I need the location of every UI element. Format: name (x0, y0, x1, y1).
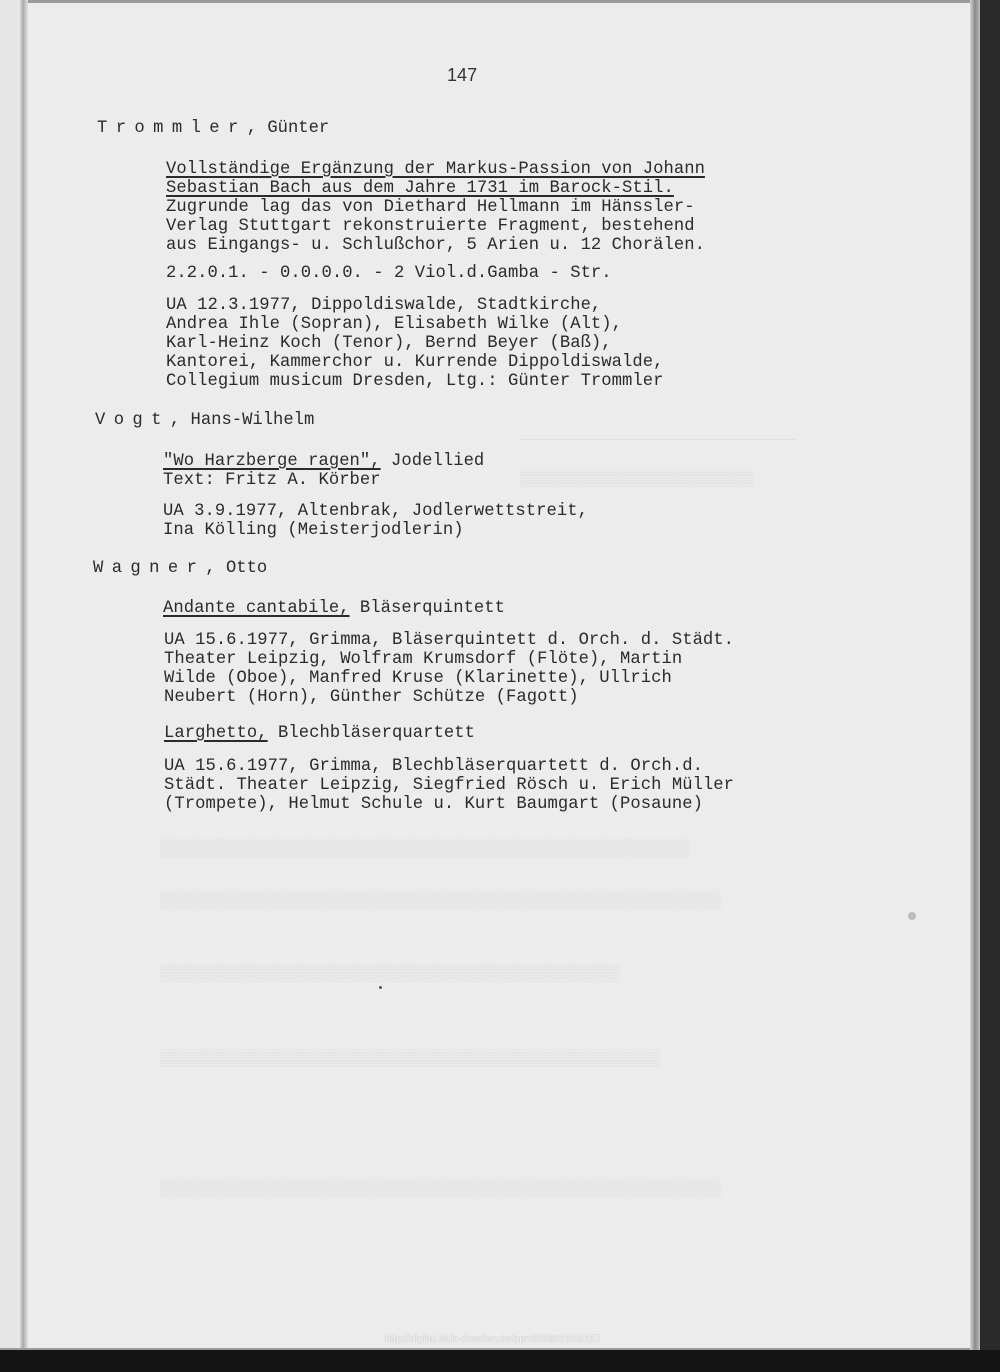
composer-heading: Vogt, Hans-Wilhelm (95, 411, 314, 430)
paper-speck (379, 986, 382, 989)
bleed-through-texture: ▒▒▒▒▒▒▒▒▒▒▒▒▒▒▒▒▒▒▒▒▒▒▒▒▒▒▒▒▒▒▒▒▒▒▒▒▒▒▒▒… (160, 1050, 660, 1069)
bleed-through-texture: ▒▒▒▒▒▒▒▒▒▒▒▒▒▒▒▒▒▒▒▒▒▒▒▒▒▒▒▒▒▒▒▒▒▒▒▒▒▒▒▒… (160, 965, 619, 984)
composer-given-name: Hans-Wilhelm (191, 411, 315, 430)
bleed-through-texture: ___________________________ (520, 425, 816, 444)
book-binding-background (980, 0, 1000, 1372)
composer-separator: , (205, 559, 226, 578)
bleed-through-texture: ▒▒▒▒▒▒▒▒▒▒▒▒▒▒▒▒▒▒▒▒▒▒▒▒▒▒▒▒▒▒▒▒▒▒▒▒▒▒▒▒… (160, 840, 691, 859)
work-description: aus Eingangs- u. Schlußchor, 5 Arien u. … (166, 236, 705, 255)
premiere-info: UA 15.6.1977, Grimma, Bläserquintett d. … (164, 631, 734, 650)
premiere-info: Wilde (Oboe), Manfred Kruse (Klarinette)… (164, 669, 672, 688)
premiere-info: (Trompete), Helmut Schule u. Kurt Baumga… (164, 795, 703, 814)
page-number: 147 (447, 66, 477, 85)
premiere-info: Neubert (Horn), Günther Schütze (Fagott) (164, 688, 579, 707)
premiere-info: UA 3.9.1977, Altenbrak, Jodlerwettstreit… (163, 502, 588, 521)
work-title-line: Andante cantabile, Bläserquintett (163, 599, 505, 618)
premiere-info: Collegium musicum Dresden, Ltg.: Günter … (166, 372, 663, 391)
work-title: "Wo Harzberge ragen", (163, 452, 381, 471)
composer-heading: Wagner, Otto (93, 559, 267, 578)
premiere-info: Kantorei, Kammerchor u. Kurrende Dippold… (166, 353, 663, 372)
premiere-info: Karl-Heinz Koch (Tenor), Bernd Beyer (Ba… (166, 334, 612, 353)
premiere-info: UA 12.3.1977, Dippoldiswalde, Stadtkirch… (166, 296, 601, 315)
composer-separator: , (247, 119, 268, 138)
composer-given-name: Otto (226, 559, 267, 578)
composer-heading: Trommler, Günter (97, 119, 329, 138)
page-left-margin (0, 0, 20, 1348)
work-genre: Bläserquintett (350, 599, 505, 618)
work-title-line: "Wo Harzberge ragen", Jodellied (163, 452, 484, 471)
work-genre: Blechbläserquartett (268, 724, 475, 743)
bleed-through-texture: ▒▒▒▒▒▒▒▒▒▒▒▒▒▒▒▒▒▒▒▒▒▒▒ (520, 470, 755, 489)
composer-surname: Trommler (97, 119, 247, 138)
work-title: Vollständige Ergänzung der Markus-Passio… (166, 160, 705, 179)
composer-separator: , (170, 411, 191, 430)
premiere-info: Theater Leipzig, Wolfram Krumsdorf (Flöt… (164, 650, 682, 669)
work-description: Verlag Stuttgart rekonstruierte Fragment… (166, 217, 695, 236)
paper-speck (908, 912, 916, 920)
work-title: Andante cantabile, (163, 599, 350, 618)
premiere-info: Ina Kölling (Meisterjodlerin) (163, 521, 464, 540)
composer-given-name: Günter (267, 119, 329, 138)
bleed-through-texture: ▒▒▒▒▒▒▒▒▒▒▒▒▒▒▒▒▒▒▒▒▒▒▒▒▒▒▒▒▒▒▒▒▒▒▒▒▒▒▒▒… (160, 1180, 721, 1199)
premiere-info: UA 15.6.1977, Grimma, Blechbläserquartet… (164, 757, 703, 776)
source-url-watermark: http://digital.slub-dresden.de/ppn305801… (385, 1333, 601, 1345)
composer-surname: Wagner (93, 559, 205, 578)
scanner-background (0, 1350, 1000, 1372)
page-left-edge-shadow (20, 0, 28, 1348)
page-top-edge (0, 0, 975, 3)
premiere-info: Städt. Theater Leipzig, Siegfried Rösch … (164, 776, 734, 795)
work-description: Zugrunde lag das von Diethard Hellmann i… (166, 198, 695, 217)
work-instrumentation: 2.2.0.1. - 0.0.0.0. - 2 Viol.d.Gamba - S… (166, 264, 612, 283)
work-title: Sebastian Bach aus dem Jahre 1731 im Bar… (166, 179, 674, 198)
work-description: Text: Fritz A. Körber (163, 471, 381, 490)
bleed-through-texture: ▒▒▒▒▒▒▒▒▒▒▒▒▒▒▒▒▒▒▒▒▒▒▒▒▒▒▒▒▒▒▒▒▒▒▒▒▒▒▒▒… (160, 892, 721, 911)
work-title-line: Larghetto, Blechbläserquartett (164, 724, 475, 743)
composer-surname: Vogt (95, 411, 170, 430)
scanned-page: ___________________________ ▒▒▒▒▒▒▒▒▒▒▒▒… (0, 0, 975, 1350)
page-right-edge-shadow (970, 0, 980, 1350)
premiere-info: Andrea Ihle (Sopran), Elisabeth Wilke (A… (166, 315, 622, 334)
work-title: Larghetto, (164, 724, 268, 743)
work-genre: Jodellied (381, 452, 485, 471)
